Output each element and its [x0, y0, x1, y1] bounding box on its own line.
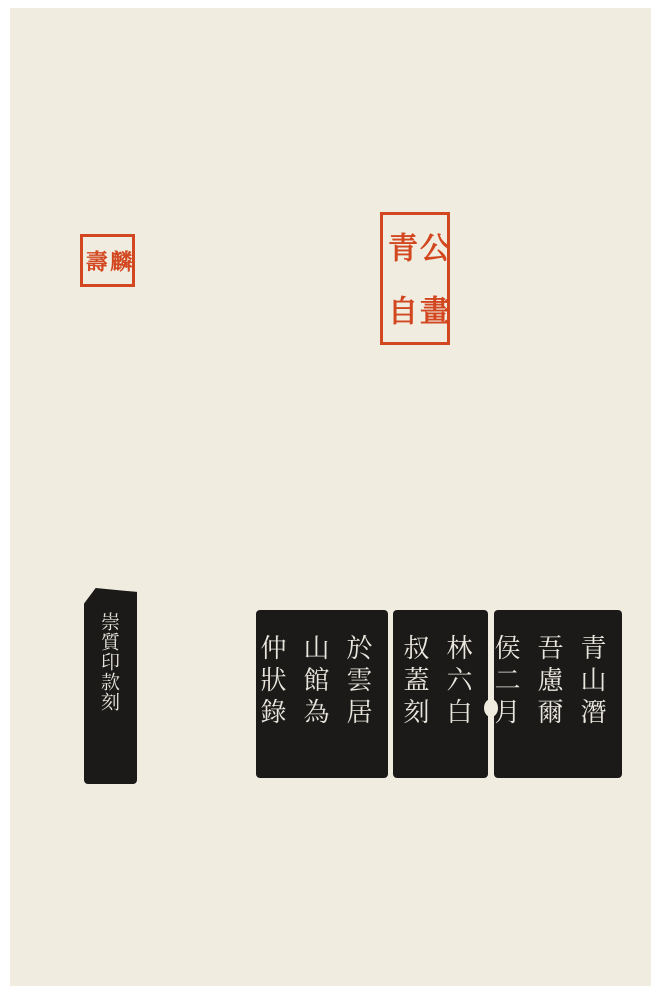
paper-hole-mark: [484, 699, 498, 717]
inscription-column: 叔蓋刻: [396, 634, 433, 754]
seal-char: 公: [415, 215, 447, 279]
inscription-column: 青山潛: [573, 634, 610, 754]
seal-char: 自: [383, 279, 415, 343]
seal-char: 麟: [108, 237, 133, 284]
seal-char: 壽: [83, 237, 108, 284]
inscription-rubbing-block-1: 於雲居 山館為 仲狀錄: [256, 610, 388, 778]
large-red-seal: 青 公 自 畫: [380, 212, 450, 345]
inscription-column: 於雲居: [339, 634, 376, 754]
inscription-column: 侯二月: [487, 634, 524, 754]
inscription-column: 山館為: [296, 634, 333, 754]
side-inscription-text: 崇質印款刻: [98, 612, 120, 712]
small-red-seal: 壽 麟: [80, 234, 135, 287]
inscription-column: 仲狀錄: [253, 634, 290, 754]
inscription-column: 林六白: [439, 634, 476, 754]
inscription-rubbing-block-2: 林六白 叔蓋刻: [393, 610, 488, 778]
inscription-column: 吾慮爾: [530, 634, 567, 754]
album-leaf-paper: [10, 8, 651, 986]
inscription-rubbing-block-3: 青山潛 吾慮爾 侯二月: [494, 610, 622, 778]
side-inscription-rubbing: 崇質印款刻: [84, 588, 137, 784]
seal-char: 青: [383, 215, 415, 279]
seal-char: 畫: [415, 279, 447, 343]
